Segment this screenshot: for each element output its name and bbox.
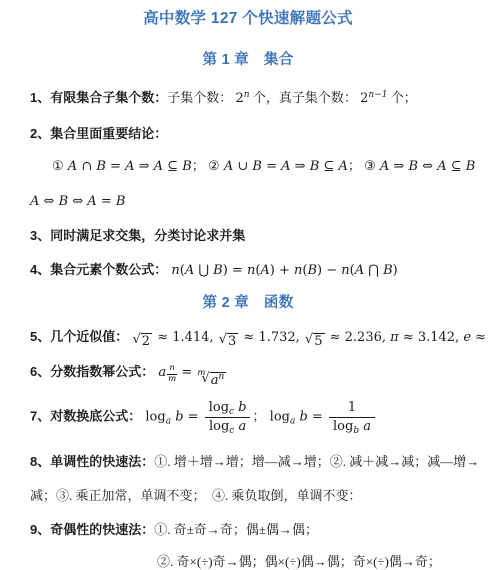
- chapter-1-heading: 第 1 章 集合: [30, 50, 466, 70]
- text-run: B: [466, 159, 476, 174]
- item-8-line1: 8、单调性的快速法：①. 增＋增→增；增—减→增；②. 减＋减→减；减—增→: [30, 452, 466, 472]
- document-page: 高中数学 127 个快速解题公式 第 1 章 集合1、有限集合子集个数：子集个数…: [0, 0, 490, 570]
- item-7: 7、对数换底公式： loga b = logc blogc a； loga b …: [30, 399, 466, 436]
- text-run: =: [177, 365, 196, 380]
- text-run: log: [209, 419, 229, 434]
- text-run: e: [463, 330, 471, 345]
- text-run: ⇒: [134, 159, 153, 174]
- radical-sign: √: [219, 333, 227, 348]
- text-run: A: [154, 159, 163, 174]
- text-run: ∪: [233, 159, 252, 174]
- text-run: B: [96, 159, 106, 174]
- text-run: log: [209, 400, 229, 415]
- text-run: ) +: [270, 263, 294, 278]
- text-run: ⋃: [194, 263, 213, 278]
- doc-title: 高中数学 127 个快速解题公式: [30, 8, 466, 30]
- text-run: ≈ 3.142,: [399, 330, 464, 345]
- radical: √3: [219, 333, 239, 350]
- text-run: ⇒: [291, 159, 310, 174]
- chapter-2-heading: 第 2 章 函数: [30, 293, 466, 313]
- text-run: ⊆: [319, 159, 338, 174]
- fraction: logc blogc a: [205, 399, 251, 436]
- text-run: 5: [314, 334, 322, 349]
- text-run: A: [355, 263, 364, 278]
- text-run: a: [234, 419, 246, 434]
- text-run: b: [295, 409, 307, 424]
- text-run: B: [182, 159, 192, 174]
- text-run: B: [59, 194, 69, 209]
- text-run: ①. 奇±奇→奇；偶±偶→偶；: [154, 522, 318, 537]
- text-run: B: [307, 263, 317, 278]
- item-label: 9、奇偶性的快速法：: [30, 522, 154, 537]
- text-run: ≈ 2.236,: [326, 330, 391, 345]
- item-label: 6、分数指数幂公式：: [30, 364, 154, 379]
- text-run: ；: [348, 158, 364, 173]
- text-run: log: [333, 419, 353, 434]
- text-run: 减；③. 乘正加常，单调不变； ④. 乘负取倒，单调不变：: [30, 488, 362, 503]
- item-label: 第 1 章 集合: [202, 52, 293, 68]
- text-run: ): [393, 263, 398, 278]
- item-9-line1: 9、奇偶性的快速法：①. 奇±奇→奇；偶±偶→偶；: [30, 520, 466, 540]
- text-run: ⇒: [389, 159, 408, 174]
- text-run: A: [281, 159, 290, 174]
- text-run: A: [30, 194, 39, 209]
- text-run: 2: [236, 91, 244, 106]
- text-run: [128, 329, 131, 344]
- text-run: B: [383, 263, 393, 278]
- text-run: ≈ 1.414,: [153, 330, 218, 345]
- text-run: A: [338, 159, 347, 174]
- item-6: 6、分数指数幂公式： anm = m√an: [30, 362, 466, 389]
- text-run: B: [213, 263, 223, 278]
- item-label: 8、单调性的快速法：: [30, 454, 154, 469]
- text-run: ⇔: [39, 194, 58, 209]
- radical: m√an: [197, 372, 226, 389]
- formula-2-line1: ① A ∩ B = A ⇒ A ⊆ B； ② A ∪ B = A ⇒ B ⊆ A…: [52, 156, 466, 177]
- item-8-line2: 减；③. 乘正加常，单调不变； ④. 乘负取倒，单调不变：: [30, 486, 466, 506]
- text-run: b: [171, 409, 183, 424]
- text-run: ⊆: [447, 159, 466, 174]
- radical-sign: √: [305, 333, 313, 348]
- text-run: ) =: [223, 263, 247, 278]
- text-run: b: [234, 400, 246, 415]
- text-run: B: [116, 194, 126, 209]
- text-run: ①. 增＋增→增；增—减→增；②. 减＋减→减；减—增→: [154, 454, 479, 469]
- text-run: =: [184, 409, 203, 424]
- superscript: n: [218, 372, 224, 382]
- item-label: 7、对数换底公式：: [30, 408, 141, 423]
- text-run: π: [390, 330, 399, 345]
- item-label: 1、有限集合子集个数：: [30, 90, 167, 105]
- text-run: a: [359, 419, 371, 434]
- text-run: 子集个数：: [167, 90, 235, 105]
- text-run: ⊆: [163, 159, 182, 174]
- text-run: n: [341, 263, 349, 278]
- text-run: ②. 奇×(÷)奇→偶；偶×(÷)偶→偶；奇×(÷)偶→奇；: [157, 554, 441, 569]
- text-run: ⇔: [418, 159, 437, 174]
- text-run: A: [260, 263, 269, 278]
- text-run: B: [310, 159, 320, 174]
- text-run: 2: [142, 334, 150, 349]
- item-5: 5、几个近似值： √2 ≈ 1.414, √3 ≈ 1.732, √5 ≈ 2.…: [30, 327, 466, 350]
- text-run: ③: [364, 159, 380, 174]
- text-run: 个，真子集个数：: [250, 90, 361, 105]
- item-label: 第 2 章 函数: [202, 295, 293, 311]
- item-label: 5、几个近似值：: [30, 329, 128, 344]
- text-run: a: [154, 365, 166, 380]
- text-run: ≈ 1.732,: [239, 330, 304, 345]
- text-run: ②: [208, 159, 224, 174]
- text-run: ) −: [317, 263, 341, 278]
- text-run: B: [408, 159, 418, 174]
- text-run: 1: [348, 400, 356, 415]
- root-index: m: [197, 369, 205, 378]
- text-run: ⇔: [68, 194, 87, 209]
- text-run: log: [266, 409, 290, 424]
- text-run: log: [141, 409, 165, 424]
- text-run: ；: [192, 158, 208, 173]
- text-run: n: [167, 263, 180, 278]
- text-run: B: [252, 159, 262, 174]
- text-run: ≈ 2.718: [471, 330, 490, 345]
- text-run: A: [185, 263, 194, 278]
- text-run: ⋂: [364, 263, 383, 278]
- text-run: A: [68, 159, 77, 174]
- text-run: 个；: [387, 90, 416, 105]
- text-run: =: [308, 409, 327, 424]
- text-run: A: [437, 159, 446, 174]
- text-run: 3: [228, 334, 236, 349]
- item-label: 3、同时满足求交集，分类讨论求并集: [30, 228, 245, 243]
- text-run: =: [262, 159, 281, 174]
- item-3: 3、同时满足求交集，分类讨论求并集: [30, 226, 466, 246]
- item-label: 2、集合里面重要结论：: [30, 126, 167, 141]
- superscript: n−1: [368, 90, 387, 100]
- radical: √5: [305, 333, 325, 350]
- fraction: 1logb a: [329, 399, 375, 436]
- text-run: =: [97, 194, 116, 209]
- item-label: 4、集合元素个数公式：: [30, 262, 167, 277]
- text-run: ①: [52, 159, 68, 174]
- radical: √2: [132, 333, 152, 350]
- text-run: A: [380, 159, 389, 174]
- item-1: 1、有限集合子集个数：子集个数： 2n 个，真子集个数： 2n−1 个；: [30, 88, 466, 109]
- text-run: [475, 158, 490, 173]
- text-run: ；: [253, 408, 266, 423]
- radical-sign: √: [132, 333, 140, 348]
- formula-2-line2: A ⇔ B ⇔ A = B: [30, 191, 466, 212]
- item-2: 2、集合里面重要结论：: [30, 124, 466, 144]
- item-4: 4、集合元素个数公式： n(A ⋃ B) = n(A) + n(B) − n(A…: [30, 260, 466, 281]
- text-run: A: [224, 159, 233, 174]
- text-run: A: [87, 194, 96, 209]
- text-run: =: [106, 159, 125, 174]
- text-run: ∩: [77, 159, 96, 174]
- exponent-fraction: nm: [167, 364, 177, 385]
- item-9-line2: ②. 奇×(÷)奇→偶；偶×(÷)偶→偶；奇×(÷)偶→奇；: [157, 552, 466, 570]
